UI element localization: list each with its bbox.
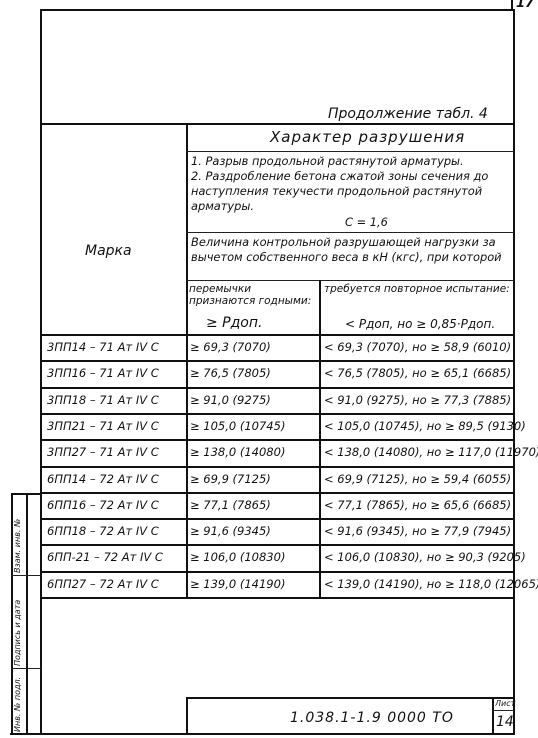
frame-bottom: [10, 733, 515, 735]
failure-item-1: 1. Разрыв продольной растянутой арматуры…: [191, 154, 511, 169]
marka-cell: 6ПП16 – 72 Ат IV С: [47, 498, 159, 512]
row-border: [40, 518, 515, 520]
retest-cell: < 69,3 (7070), но ≥ 58,9 (6010): [324, 340, 511, 354]
continuation-title: Продолжение табл. 4: [328, 106, 488, 122]
marka-header: Марка: [85, 243, 132, 259]
retest-cell: < 69,9 (7125), но ≥ 59,4 (6055): [324, 472, 511, 486]
retest-cell: < 106,0 (10830), но ≥ 90,3 (9205): [324, 550, 526, 564]
failure-item-2: 2. Раздробление бетона сжатой зоны сечен…: [191, 169, 513, 214]
table-top-border: [40, 123, 515, 125]
accept-cell: ≥ 91,0 (9275): [190, 393, 271, 407]
sheet-number: 14: [496, 714, 514, 730]
accept-cell: ≥ 77,1 (7865): [190, 498, 271, 512]
title-block-top: [186, 697, 515, 699]
marka-cell: 3ПП14 – 71 Ат IV С: [47, 340, 159, 354]
retest-cell: < 138,0 (14080), но ≥ 117,0 (11970): [324, 445, 538, 459]
accept-formula: ≥ Pдоп.: [206, 315, 262, 331]
marka-cell: 6ПП-21 – 72 Ат IV С: [47, 550, 163, 564]
marka-cell: 6ПП27 – 72 Ат IV С: [47, 577, 159, 591]
stamp-rule: [11, 575, 41, 576]
row-border: [40, 571, 515, 573]
sheet-label: Лист: [495, 699, 515, 708]
marka-cell: 3ПП21 – 71 Ат IV С: [47, 419, 159, 433]
retest-cell: < 76,5 (7805), но ≥ 65,1 (6685): [324, 366, 511, 380]
row-border: [40, 439, 515, 441]
title-block-sheet-sep: [492, 697, 494, 734]
document-code: 1.038.1-1.9 0000 ТО: [290, 710, 454, 726]
rule: [186, 232, 514, 233]
accept-cell: ≥ 69,9 (7125): [190, 472, 271, 486]
retest-cell: < 139,0 (14190), но ≥ 118,0 (12065): [324, 577, 538, 591]
stamp-replace-inv: Взам. инв. №: [13, 519, 22, 573]
retest-formula: < Pдоп, но ≥ 0,85·Pдоп.: [345, 317, 495, 331]
row-border: [40, 387, 515, 389]
row-border: [40, 413, 515, 415]
retest-cell: < 91,6 (9345), но ≥ 77,9 (7945): [324, 524, 511, 538]
row-border: [40, 360, 515, 362]
load-description: Величина контрольной разрушающей нагрузк…: [191, 235, 511, 265]
accept-cell: ≥ 105,0 (10745): [190, 419, 285, 433]
rule: [186, 280, 514, 281]
marka-cell: 3ПП18 – 71 Ат IV С: [47, 393, 159, 407]
accept-cell: ≥ 91,6 (9345): [190, 524, 271, 538]
frame-left: [40, 9, 42, 734]
retest-cell: < 105,0 (10745), но ≥ 89,5 (9130): [324, 419, 526, 433]
marka-cell: 3ПП16 – 71 Ат IV С: [47, 366, 159, 380]
row-border: [40, 597, 515, 599]
marka-cell: 6ПП18 – 72 Ат IV С: [47, 524, 159, 538]
frame-right: [513, 9, 515, 734]
accept-cell: ≥ 76,5 (7805): [190, 366, 271, 380]
row-border: [40, 466, 515, 468]
failure-header: Характер разрушения: [270, 128, 465, 146]
frame-top: [40, 9, 515, 11]
retest-cell: < 77,1 (7865), но ≥ 65,6 (6685): [324, 498, 511, 512]
accept-label: перемычки признаются годными:: [189, 283, 319, 307]
marka-cell: 6ПП14 – 72 Ат IV С: [47, 472, 159, 486]
coefficient: C = 1,6: [345, 215, 388, 230]
corner-sheet-number: 17: [516, 0, 534, 11]
title-block-left: [186, 697, 188, 734]
rule: [492, 710, 514, 711]
accept-cell: ≥ 106,0 (10830): [190, 550, 285, 564]
marka-cell: 3ПП27 – 71 Ат IV С: [47, 445, 159, 459]
stamp-sign-date: Подпись и дата: [13, 600, 22, 666]
stamp-mid: [26, 493, 28, 734]
accept-cell: ≥ 138,0 (14080): [190, 445, 285, 459]
row-border: [40, 544, 515, 546]
row-border: [40, 492, 515, 494]
stamp-rule: [11, 668, 41, 669]
header-bottom-border: [40, 334, 515, 336]
stamp-inv-no: Инв. № подл.: [13, 677, 22, 732]
accept-cell: ≥ 139,0 (14190): [190, 577, 285, 591]
retest-cell: < 91,0 (9275), но ≥ 77,3 (7885): [324, 393, 511, 407]
stamp-rule: [11, 493, 41, 495]
accept-cell: ≥ 69,3 (7070): [190, 340, 271, 354]
rule: [186, 151, 514, 152]
retest-label: требуется повторное испытание:: [324, 283, 512, 295]
